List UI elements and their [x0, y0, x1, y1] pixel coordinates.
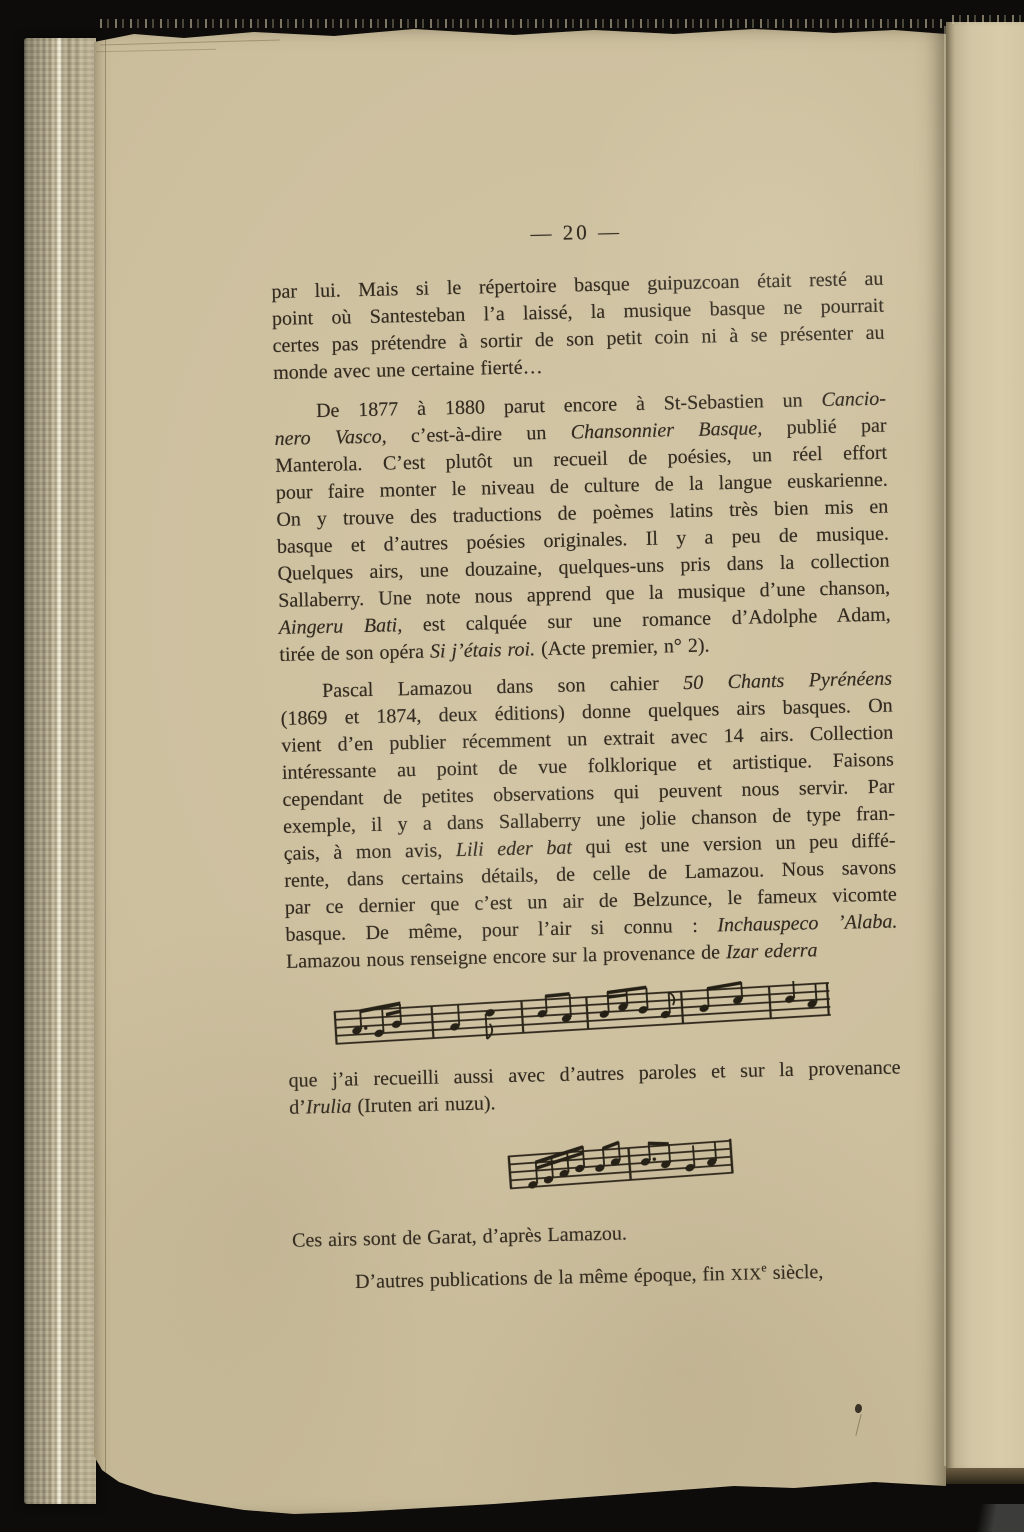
- paragraph-2: De 1877 à 1880 parut encore à St-Sebasti…: [274, 386, 892, 669]
- text-segment: monde avec une certaine fierté…: [273, 356, 543, 384]
- text-segment: (Iruten ari nuzu).: [351, 1092, 495, 1117]
- text-segment: tirée de son opéra: [279, 641, 430, 666]
- music-staff-long-svg: [331, 971, 834, 1058]
- text-segment: qui est une version un peu diffé-: [572, 830, 896, 859]
- text-segment: publié par: [762, 415, 887, 440]
- text-segment: c’est-à-dire un: [386, 421, 571, 447]
- text-segment: Cancio-: [821, 388, 886, 411]
- text-segment: çais, à mon avis,: [283, 839, 456, 865]
- text-segment: XIX: [731, 1264, 762, 1284]
- underlying-sheet-corner-line: [100, 39, 280, 45]
- book-scan-scene: — 20 —par lui. Mais si le répertoire bas…: [0, 0, 1024, 1532]
- text-segment: d’: [289, 1096, 306, 1118]
- text-segment: Lili eder bat: [456, 837, 573, 862]
- music-staff-short-svg: [504, 1125, 738, 1203]
- paragraph-1: par lui. Mais si le répertoire basque gu…: [271, 266, 885, 387]
- left-page-edges-stack: [24, 38, 96, 1504]
- page-left-edge-line: [105, 36, 106, 1500]
- text-segment: Si j’étais roi.: [430, 638, 536, 662]
- music-staff-1: [331, 971, 834, 1058]
- text-segment: (Acte premier, n° 2).: [535, 635, 710, 661]
- text-segment: Izar ederra: [726, 939, 818, 963]
- torn-top-edge-main: [94, 19, 946, 28]
- page-number: — 20 —: [270, 212, 882, 253]
- text-segment: siècle,: [766, 1261, 823, 1284]
- text-segment: Ces airs sont de Garat, d’après Lamazou.: [292, 1222, 627, 1251]
- text-line: Ces airs sont de Garat, d’après Lamazou.: [292, 1214, 904, 1254]
- paragraph-3: Pascal Lamazou dans son cahier 50 Chants…: [280, 666, 898, 976]
- text-segment: Chansonnier Basque,: [570, 417, 762, 443]
- text-segment: Inchauspeco ’Alaba.: [717, 910, 898, 936]
- music-staff-2: [504, 1125, 738, 1203]
- text-segment: 50 Chants Pyrénéens: [683, 668, 892, 695]
- book-page: — 20 —par lui. Mais si le répertoire bas…: [94, 26, 946, 1514]
- facing-page-bottom-edge: [946, 1468, 1024, 1484]
- text-segment: D’autres publications de la même époque,…: [355, 1263, 731, 1293]
- bottom-right-corner-shadow: [946, 1504, 1024, 1532]
- paragraph-6: D’autres publications de la même époque,…: [293, 1251, 905, 1291]
- paragraph-5: Ces airs sont de Garat, d’après Lamazou.: [292, 1214, 904, 1254]
- text-segment: Irulia: [306, 1095, 352, 1118]
- text-segment: Aingeru Bati,: [279, 614, 403, 639]
- text-block: — 20 —par lui. Mais si le répertoire bas…: [270, 212, 905, 1292]
- text-segment: nero Vasco,: [274, 426, 386, 450]
- facing-page-edge: [946, 22, 1024, 1470]
- text-line: D’autres publications de la même époque,…: [293, 1251, 905, 1291]
- paragraph-4: que j’ai recueilli aussi avec d’autres p…: [288, 1054, 901, 1121]
- underlying-sheet-corner-line: [96, 49, 216, 53]
